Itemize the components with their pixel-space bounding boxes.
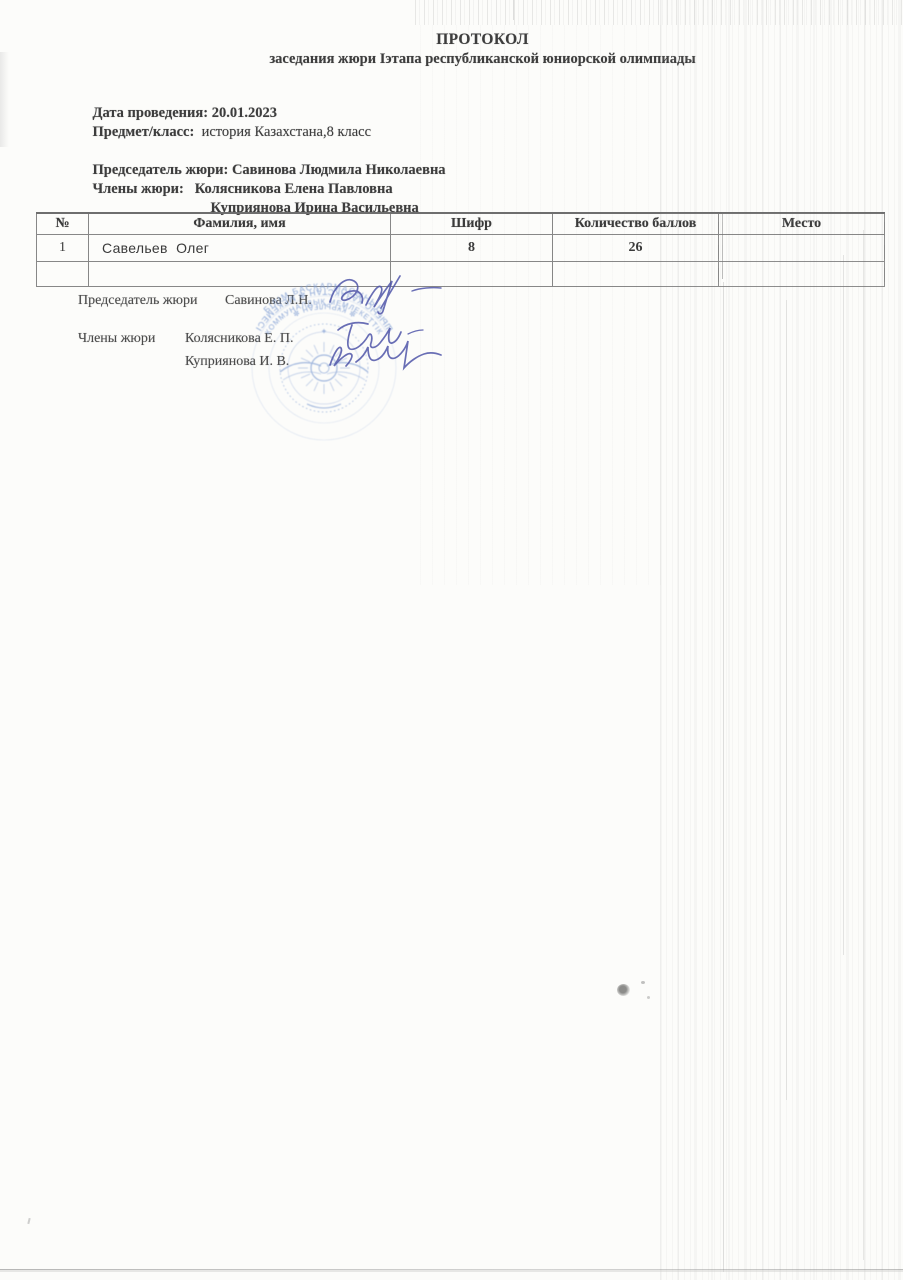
col-header-num: № (37, 213, 89, 235)
ink-blot (617, 984, 630, 996)
scan-vertical-line (723, 282, 724, 1272)
table-row: 1 Савельев Олег 8 26 (37, 235, 885, 262)
cell-num: 1 (37, 235, 89, 262)
col-header-score: Количество баллов (553, 213, 719, 235)
signature-savinova (330, 276, 441, 314)
scan-bottom-edge-light (0, 1270, 903, 1272)
header-row: № Фамилия, имя Шифр Количество баллов Ме… (37, 213, 885, 235)
scan-streaks-right (660, 0, 903, 1280)
cell-name: Савельев Олег (89, 235, 391, 262)
cell-score (553, 262, 719, 287)
col-header-place: Место (719, 213, 885, 235)
cell-place (719, 262, 885, 287)
col-header-name: Фамилия, имя (89, 213, 391, 235)
scan-vertical-line (843, 255, 844, 955)
sig-chair-label: Председатель жюри (78, 293, 225, 309)
scan-streaks-top (415, 0, 903, 25)
ink-speck (647, 996, 650, 999)
pen-tick-mark (27, 1218, 30, 1224)
signature-kolyasnikova (338, 323, 423, 350)
sig-members-label: Члены жюри (78, 331, 185, 347)
ink-speck (641, 981, 645, 984)
scan-vertical-line (513, 0, 514, 20)
cell-score: 26 (553, 235, 719, 262)
cell-cipher: 8 (391, 235, 553, 262)
scan-vertical-line (863, 230, 864, 1260)
page-subtitle: заседания жюри Iэтапа республиканской юн… (60, 51, 903, 68)
scan-edge-smudge (0, 52, 9, 147)
handwritten-signatures (320, 265, 480, 395)
scan-bottom-edge (0, 1269, 903, 1270)
cell-num (37, 262, 89, 287)
cell-place (719, 235, 885, 262)
subject-value: история Казахстана,8 класс (202, 124, 371, 140)
document-header: ПРОТОКОЛ заседания жюри Iэтапа республик… (60, 31, 903, 68)
scan-vertical-line (786, 300, 787, 1100)
table-double-line (722, 213, 723, 279)
subject-label: Предмет/класс: (93, 124, 195, 140)
scanned-protocol-document: ПРОТОКОЛ заседания жюри Iэтапа республик… (0, 0, 903, 1280)
page-title: ПРОТОКОЛ (60, 31, 903, 49)
members-label: Члены жюри: (93, 181, 184, 197)
col-header-cipher: Шифр (391, 213, 553, 235)
signature-kupriyanova (330, 341, 441, 368)
